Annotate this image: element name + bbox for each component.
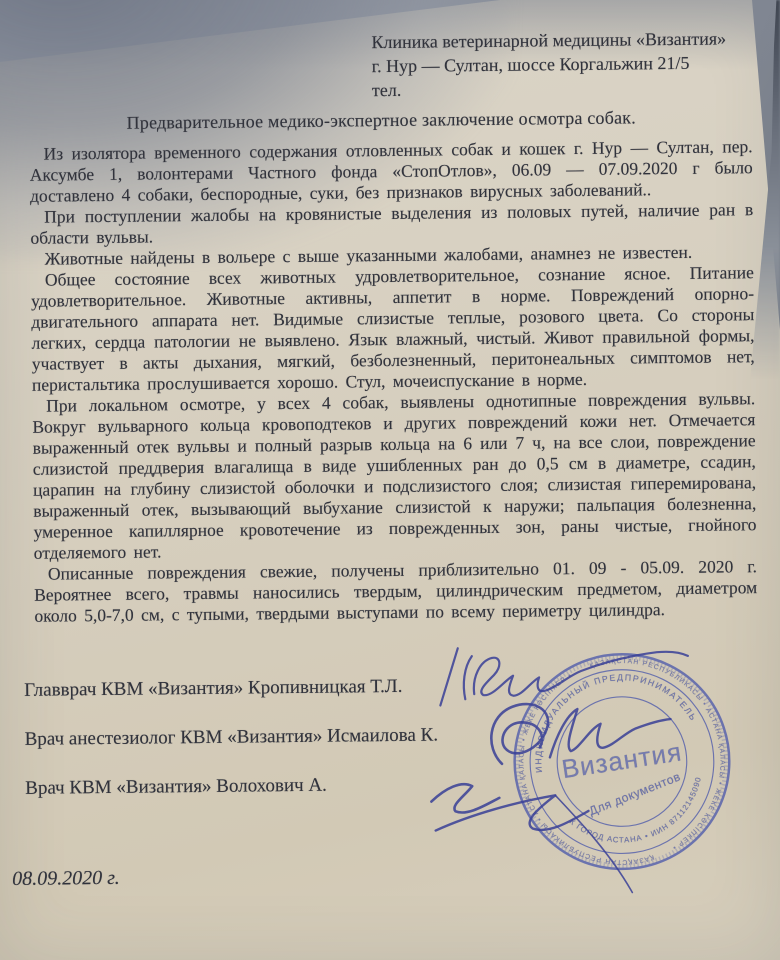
body-paragraph: При локальном осмотре, у всех 4 собак, в… [32,388,757,564]
clinic-phone: тел. [372,74,727,102]
document-photo: Клиника ветеринарной медицины «Византия»… [0,0,780,960]
body-paragraph: Общее состояние всех животных удровлетво… [31,262,755,396]
body-paragraph: Описанные повреждения свежие, получены п… [34,556,758,627]
letterhead: Клиника ветеринарной медицины «Византия»… [371,26,726,102]
clinic-name: Клиника ветеринарной медицины «Византия» [371,26,726,54]
signatory-line: Врач анестезиолог КВМ «Византия» Исмаило… [25,725,439,751]
body-paragraph: Из изолятора временного содержания отлов… [29,136,753,207]
document-content: Клиника ветеринарной медицины «Византия»… [0,0,780,960]
signatory-line: Главврач КВМ «Византия» Кропивницкая Т.Л… [24,676,438,702]
document-title: Предварительное медико-экспертное заключ… [26,106,736,134]
document-date: 08.09.2020 г. [12,867,120,891]
document-body: Из изолятора временного содержания отлов… [29,136,757,627]
signature-block: Главврач КВМ «Византия» Кропивницкая Т.Л… [24,676,439,827]
clinic-address: г. Нур — Султан, шоссе Коргальжин 21/5 [372,50,727,78]
clinic-round-stamp-icon: ҚАЗАҚСТАН РЕСПУБЛИКАСЫ • АСТАНА ҚАЛАСЫ •… [505,644,739,878]
signatory-line: Врач КВМ «Византия» Волохович А. [25,774,439,800]
